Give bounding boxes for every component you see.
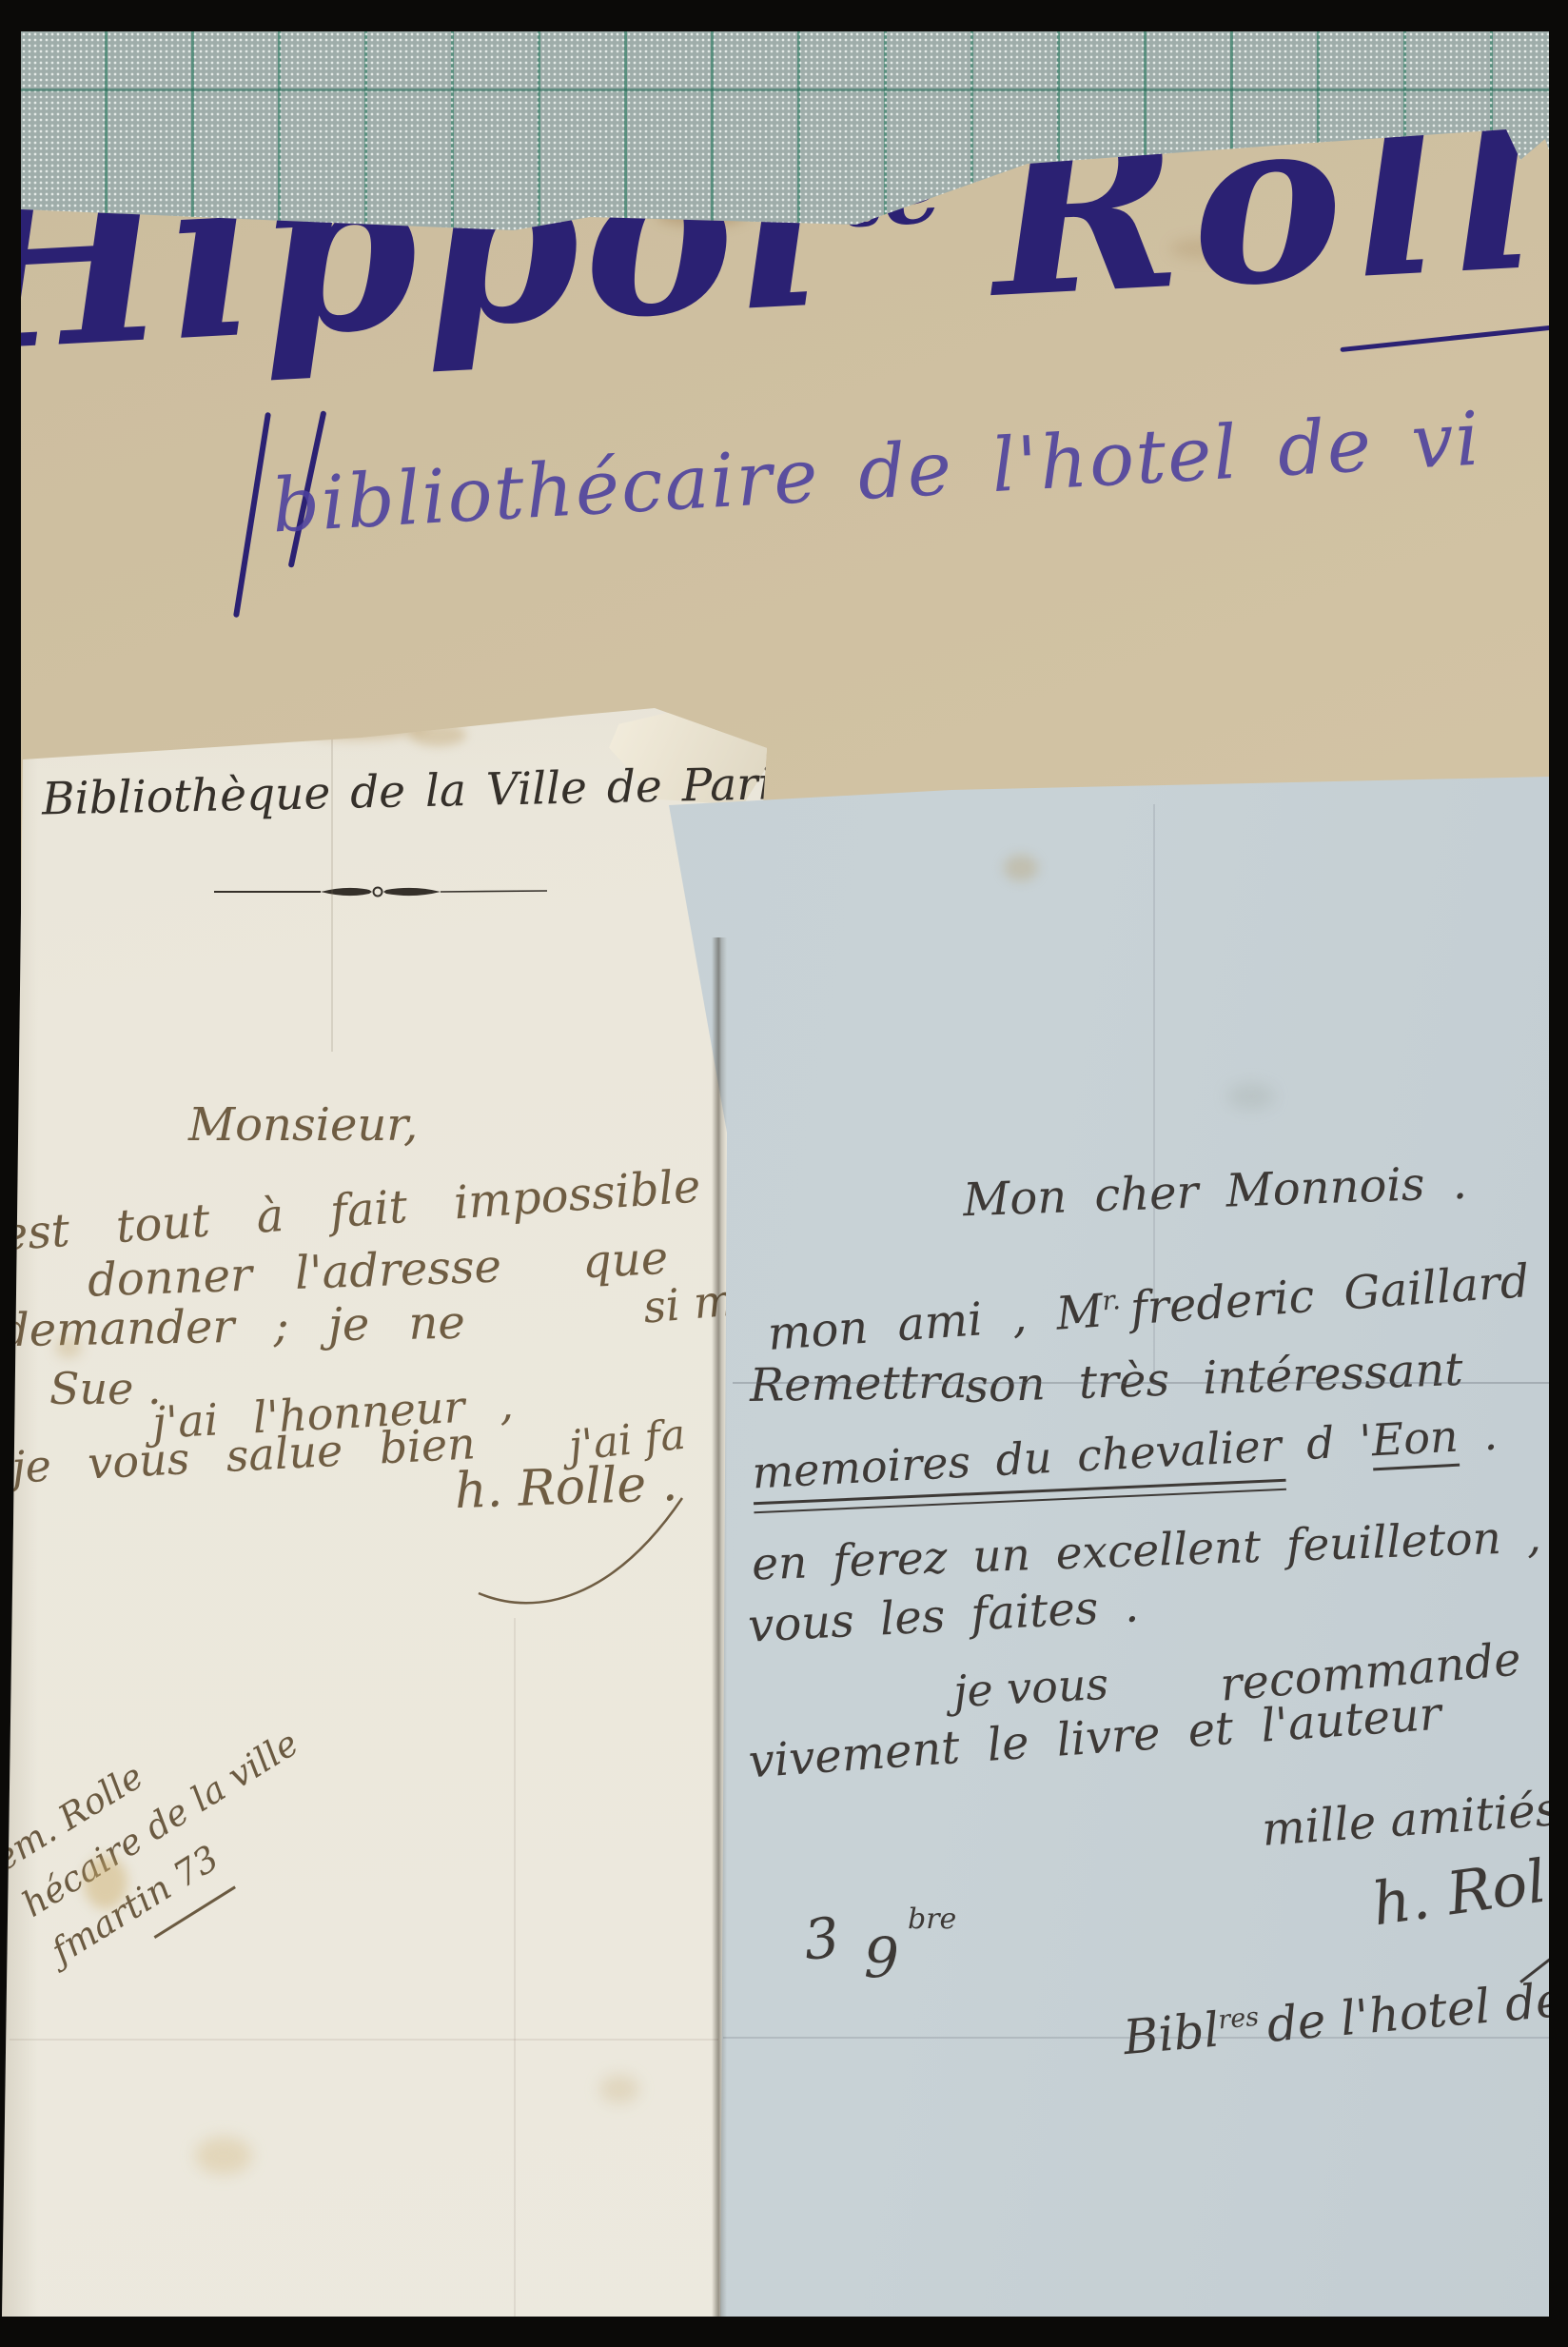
right-salutation: Mon cher Monnois . [962, 1160, 1467, 1223]
letterhead-divider-ornament [214, 879, 547, 902]
stain [599, 2075, 639, 2103]
left-salutation: Monsieur, [188, 1102, 418, 1148]
right-body-line: son très intéressant [964, 1347, 1463, 1410]
crease-line [723, 2037, 1549, 2039]
autograph-descender-stroke [233, 412, 271, 618]
left-body-line: je vous salue bien [10, 1421, 477, 1489]
right-body-superscript: r. [1101, 1284, 1121, 1316]
right-footer-fragment: de l'hotel de [1264, 1972, 1566, 2053]
mat-grid-hline [21, 89, 1549, 91]
photograph: HippolteRolle bibliothécaire de l'hotel … [0, 0, 1568, 2347]
right-closing: mille amitiés [1261, 1786, 1560, 1853]
right-body-line: Remettra [750, 1359, 968, 1409]
right-body-line: je vous [952, 1662, 1109, 1713]
stain [84, 1856, 127, 1909]
right-footer-superscript: res [1217, 2002, 1260, 2036]
left-body-line: donner l'adresse [87, 1243, 501, 1303]
cover-subtitle: bibliothécaire de l'hotel de vi [270, 403, 1483, 544]
right-footer-fragment: Bibl [1121, 2002, 1221, 2066]
stain [195, 2137, 252, 2175]
sheet-edge-shadow [712, 937, 727, 2317]
right-body-fragment-eon: Eon [1370, 1410, 1460, 1471]
right-body-line: vous les faites . [747, 1583, 1140, 1648]
diagonal-archive-note: em. Rolle hécaire de la ville ƒmartin 73 [0, 1657, 366, 1988]
right-date-month: 9 [864, 1930, 899, 1985]
crease-line [331, 723, 333, 1052]
stain [55, 1337, 82, 1358]
stain [1004, 855, 1038, 881]
right-body-line: mon ami , Mr.frederic Gaillard [766, 1258, 1531, 1357]
right-date-superscript: bre [908, 1905, 956, 1934]
crease-line [1153, 804, 1155, 1385]
stain [1227, 1083, 1275, 1110]
right-body-line-underlined: memoires du chevalier d 'Eon . [751, 1412, 1498, 1495]
left-body-line: que [581, 1235, 669, 1286]
right-body-fragment: . [1457, 1409, 1499, 1462]
left-body-line: Sue . [49, 1367, 162, 1410]
right-body-fragment: mon ami , M [766, 1284, 1105, 1360]
crease-line [10, 2039, 718, 2041]
right-date-day: 3 [801, 1909, 842, 1968]
signature-flourish [471, 1487, 690, 1610]
crease-line [514, 1618, 516, 2317]
crease-line [733, 1382, 1549, 1384]
right-body-fragment: frederic Gaillard [1128, 1254, 1531, 1335]
right-body-line: en ferez un excellent feuilleton , [751, 1515, 1541, 1588]
right-signature: h. Rol [1369, 1852, 1550, 1935]
right-footer-title: Biblresde l'hotel de [1122, 1976, 1566, 2061]
